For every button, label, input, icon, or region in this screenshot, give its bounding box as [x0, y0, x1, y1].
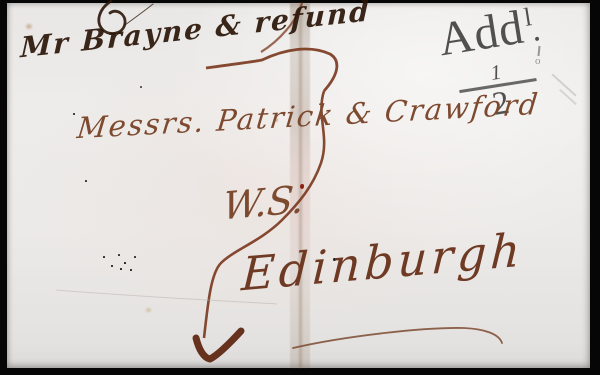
foxing-spot	[26, 24, 32, 29]
ink-specks	[73, 113, 75, 115]
ink-specks	[103, 256, 105, 258]
address-line-title: W.S.	[221, 177, 306, 229]
cover-photograph: Mr Brayne & refund Addl. 1 2 o 2 Messrs.…	[0, 0, 600, 375]
handstamp-stray-mark: o	[535, 55, 541, 67]
ink-specks	[140, 86, 142, 88]
ink-specks	[85, 180, 87, 182]
foxing-spot	[146, 308, 151, 312]
